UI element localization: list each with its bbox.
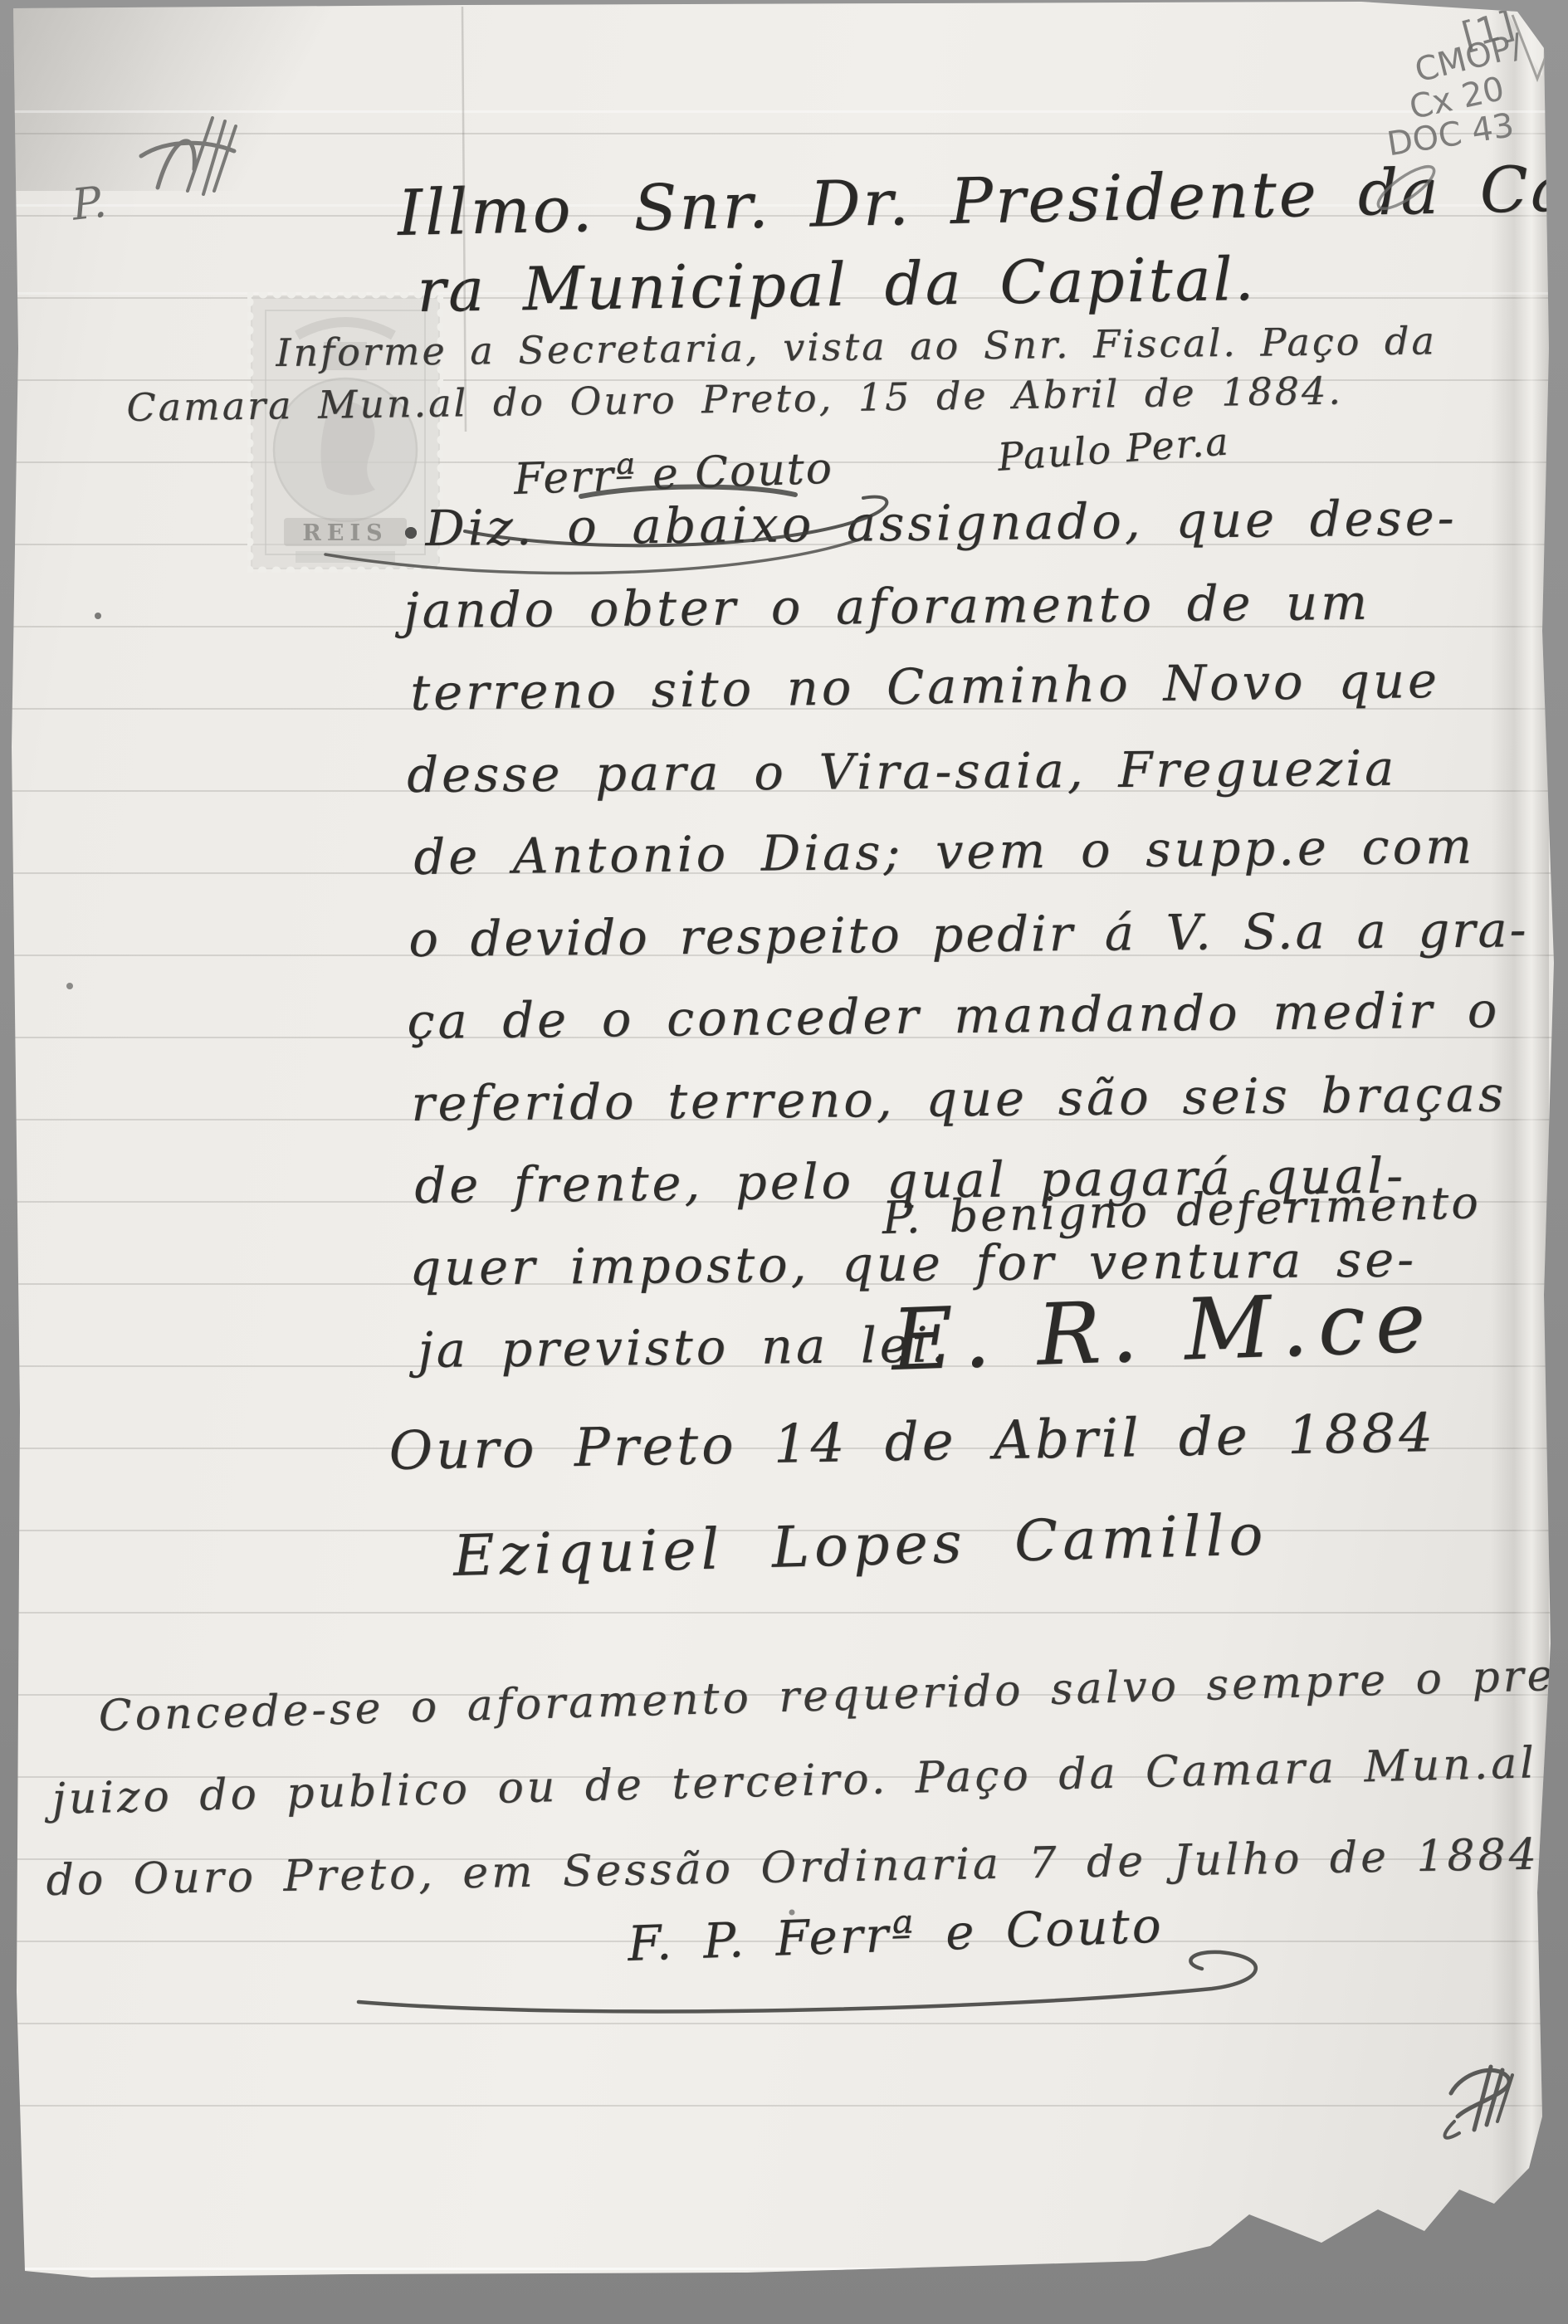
document-page: REIS [1] CMOP/ Cx 20 DOC 43 P. Illmo. Sn… (0, 0, 1568, 2324)
petition-line-2: jando obter o aforamento de um (403, 574, 1370, 639)
page-letter-mark: P. (70, 178, 109, 231)
scan-streak (0, 2268, 1162, 2270)
scan-streak (0, 110, 1568, 113)
petition-line-5: de Antonio Dias; vem o supp.e com (413, 818, 1475, 886)
petition-courtesy-formula: E. R. M.ce (890, 1272, 1437, 1390)
petition-line-1: Diz. o abaixo assignado, que dese- (425, 489, 1458, 557)
petition-line-7: ça de o conceder mandando medir o (407, 981, 1501, 1050)
heading-line-2: ra Municipal da Capital. (417, 244, 1257, 325)
right-edge-crease (1491, 0, 1549, 2324)
petition-line-6: o devido respeito pedir á V. S.a a gra- (408, 901, 1529, 968)
petition-line-4: desse para o Vira-saia, Freguezia (407, 740, 1397, 803)
petition-line-8: referido terreno, que são seis braças (411, 1065, 1507, 1132)
fold-shadow (0, 0, 465, 191)
scanned-document: REIS [1] CMOP/ Cx 20 DOC 43 P. Illmo. Sn… (0, 0, 1568, 2324)
petition-line-11: ja previsto na lei. (418, 1316, 950, 1379)
